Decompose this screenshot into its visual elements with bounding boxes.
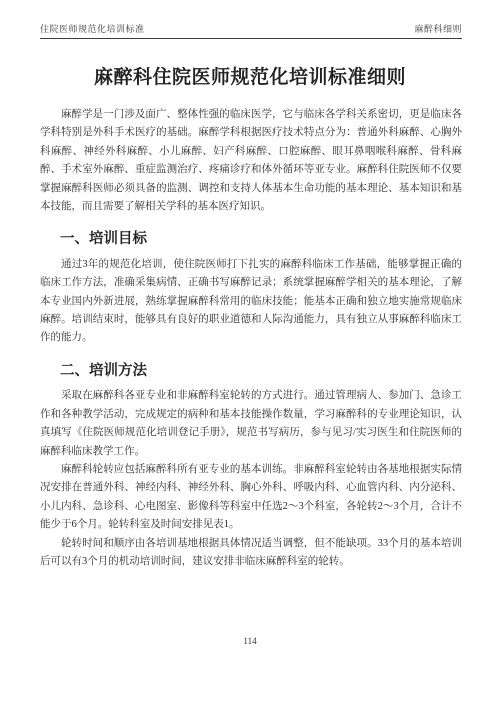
document-title: 麻醉科住院医师规范化培训标准细则 <box>0 62 500 89</box>
section-1-paragraph-1: 通过3年的规范化培训，使住院医师打下扎实的麻醉科临床工作基础，能够掌握正确的临床… <box>40 256 462 348</box>
section-2-heading: 二、培训方法 <box>40 362 462 380</box>
page-header: 住院医师规范化培训标准 麻醉科细则 <box>40 22 462 39</box>
section-2-paragraph-1: 采取在麻醉科各亚专业和非麻醉科室轮转的方式进行。通过管理病人、参加门、急诊工作和… <box>40 387 462 461</box>
document-body: 麻醉学是一门涉及面广、整体性强的临床医学，它与临床各学科关系密切，更是临床各学科… <box>40 106 462 571</box>
header-right-text: 麻醉科细则 <box>414 22 462 35</box>
document-page: 住院医师规范化培训标准 麻醉科细则 麻醉科住院医师规范化培训标准细则 麻醉学是一… <box>0 0 500 707</box>
section-2-paragraph-3: 轮转时间和顺序由各培训基地根据具体情况适当调整，但不能缺项。33个月的基本培训后… <box>40 535 462 572</box>
section-1-heading: 一、培训目标 <box>40 230 462 248</box>
header-left-text: 住院医师规范化培训标准 <box>40 22 145 35</box>
section-2-paragraph-2: 麻醉科轮转应包括麻醉科所有亚专业的基本训练。非麻醉科室轮转由各基地根据实际情况安… <box>40 461 462 535</box>
page-number: 114 <box>0 636 500 646</box>
intro-paragraph: 麻醉学是一门涉及面广、整体性强的临床医学，它与临床各学科关系密切，更是临床各学科… <box>40 106 462 216</box>
